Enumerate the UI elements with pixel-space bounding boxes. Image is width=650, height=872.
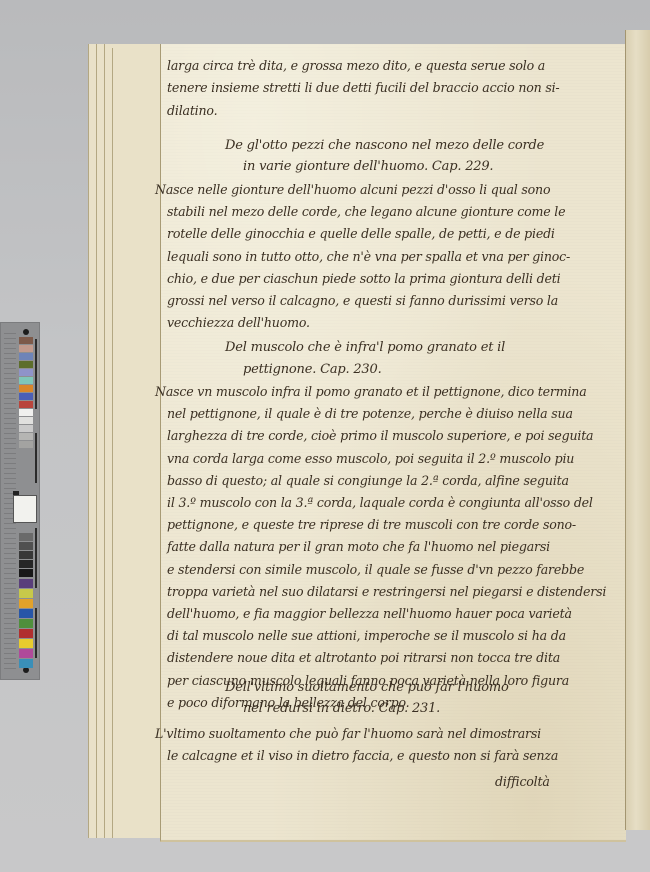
text-line: distendere noue dita et altrotanto poi r… (167, 650, 560, 665)
text-line: larga circa trè dita, e grossa mezo dito… (167, 58, 545, 73)
section-heading: in varie gionture dell'huomo. Cap. 229. (243, 159, 493, 174)
target-bar (35, 608, 37, 658)
gray-patch (19, 425, 33, 432)
text-line: basso di questo; al quale si congiunge l… (167, 473, 569, 488)
text-line: nel pettignone, il quale è di tre potenz… (167, 406, 573, 421)
text-line: larghezza di tre corde, cioè primo il mu… (167, 428, 593, 443)
text-line: lequali sono in tutto otto, che n'è vna … (167, 249, 570, 264)
text-line: e stendersi con simile muscolo, il quale… (167, 562, 584, 577)
text-line: rotelle delle ginocchia e quelle delle s… (167, 226, 555, 241)
gray-patch (19, 441, 33, 448)
section-heading: pettignone. Cap. 230. (243, 362, 382, 377)
color-patch (19, 345, 33, 352)
color-patch (19, 649, 33, 658)
gray-patch (19, 542, 33, 550)
gray-patch (19, 560, 33, 568)
color-patch (19, 619, 33, 628)
text-line: L'vltimo suoltamento che può far l'huomo… (155, 726, 541, 741)
section-heading: nel redursi in dietro. Cap. 231. (243, 701, 440, 716)
gray-patch (19, 417, 33, 424)
text-line: Nasce vn muscolo infra il pomo granato e… (155, 384, 587, 399)
color-patch (19, 369, 33, 376)
text-line: troppa varietà nel suo dilatarsi e restr… (167, 584, 606, 599)
target-bar (35, 528, 37, 588)
color-patch (19, 337, 33, 344)
color-patch (19, 401, 33, 408)
color-patch (19, 353, 33, 360)
text-line: le calcagne et il viso in dietro faccia,… (167, 748, 558, 763)
text-line: di tal muscolo nelle sue attioni, impero… (167, 628, 566, 643)
gray-patch (19, 569, 33, 577)
gray-patch (19, 433, 33, 440)
section-heading: Del muscolo che è infra'l pomo granato e… (225, 340, 505, 355)
gray-patch (19, 551, 33, 559)
color-calibration-target (0, 322, 40, 680)
color-patch (19, 361, 33, 368)
catchword: difficoltà (495, 774, 550, 789)
text-line: grossi nel verso il calcagno, e questi s… (167, 293, 558, 308)
color-patch (19, 629, 33, 638)
color-patch (19, 639, 33, 648)
text-line: tenere insieme stretti li due detti fuci… (167, 80, 560, 95)
text-line: il 3.º muscolo con la 3.ª corda, laquale… (167, 495, 593, 510)
color-patch (19, 589, 33, 598)
section-heading: De gl'otto pezzi che nascono nel mezo de… (225, 138, 544, 153)
text-line: Nasce nelle gionture dell'huomo alcuni p… (155, 182, 550, 197)
color-patch (19, 385, 33, 392)
color-patch (19, 377, 33, 384)
facing-page-edge (625, 30, 650, 830)
text-line: dilatino. (167, 103, 217, 118)
text-line: pettignone, e queste tre riprese di tre … (167, 517, 576, 532)
color-patch (19, 659, 33, 668)
text-line: vecchiezza dell'huomo. (167, 315, 310, 330)
target-bar (35, 339, 37, 409)
target-label (13, 495, 37, 523)
target-hole-top (23, 329, 29, 335)
color-patch (19, 579, 33, 588)
color-patch (19, 393, 33, 400)
section-heading: Dell'vltimo suoltamento che può far l'hu… (225, 680, 509, 695)
color-patch (19, 599, 33, 608)
text-line: chio, e due per ciaschun piede sotto la … (167, 271, 560, 286)
target-bar (35, 433, 37, 483)
color-patch (19, 609, 33, 618)
text-line: vna corda larga come esso muscolo, poi s… (167, 451, 574, 466)
gray-patch (19, 533, 33, 541)
text-line: stabili nel mezo delle corde, che legano… (167, 204, 565, 219)
text-line: dell'huomo, e fia maggior bellezza nell'… (167, 606, 572, 621)
text-line: fatte dalla natura per il gran moto che … (167, 539, 550, 554)
gray-patch (19, 409, 33, 416)
